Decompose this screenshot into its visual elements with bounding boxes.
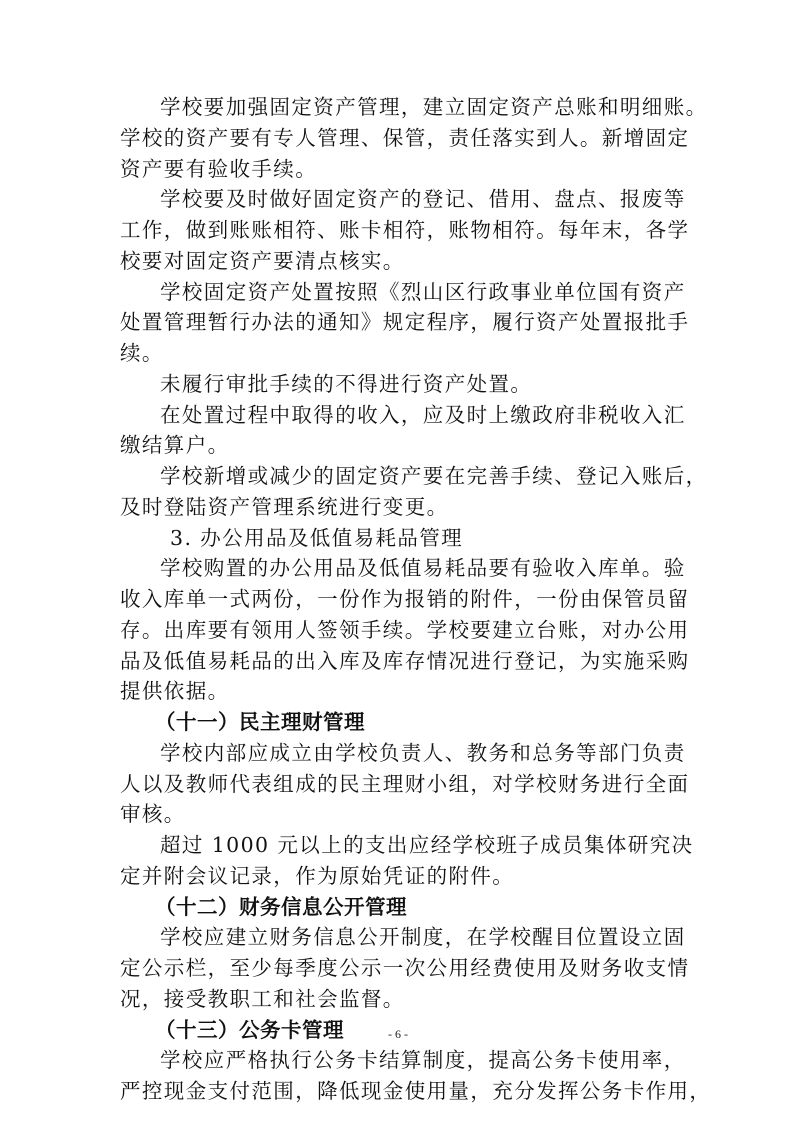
paragraph-line: 处置管理暂行办法的通知》规定程序，履行资产处置报批手	[120, 307, 680, 337]
paragraph-line: 严控现金支付范围，降低现金使用量，充分发挥公务卡作用，	[120, 1076, 680, 1106]
paragraph-line: 学校新增或减少的固定资产要在完善手续、登记入账后，	[160, 461, 680, 491]
paragraph-line: 及时登陆资产管理系统进行变更。	[120, 492, 680, 522]
paragraph-line: 收入库单一式两份，一份作为报销的附件，一份由保管员留	[120, 584, 680, 614]
section-heading: （十三）公务卡管理	[155, 1015, 715, 1045]
paragraph-line: 定公示栏，至少每季度公示一次公用经费使用及财务收支情	[120, 953, 680, 983]
page-number: - 6 -	[370, 1024, 426, 1044]
paragraph-line: 定并附会议记录，作为原始凭证的附件。	[120, 861, 680, 891]
paragraph-line: 提供依据。	[120, 676, 680, 706]
paragraph-line: 超过 1000 元以上的支出应经学校班子成员集体研究决	[160, 830, 680, 860]
paragraph-line: 学校要及时做好固定资产的登记、借用、盘点、报废等	[160, 184, 680, 214]
paragraph-line: 学校固定资产处置按照《烈山区行政事业单位国有资产	[160, 277, 680, 307]
section-heading: （十二）财务信息公开管理	[155, 892, 715, 922]
paragraph-line: 审核。	[120, 799, 680, 829]
paragraph-line: 工作，做到账账相符、账卡相符，账物相符。每年末，各学	[120, 215, 680, 245]
paragraph-line: 校要对固定资产要清点核实。	[120, 246, 680, 276]
paragraph-line: 资产要有验收手续。	[120, 154, 680, 184]
document-page: 学校要加强固定资产管理，建立固定资产总账和明细账。学校的资产要有专人管理、保管，…	[0, 0, 793, 1122]
paragraph-line: 未履行审批手续的不得进行资产处置。	[160, 369, 680, 399]
paragraph-line: 续。	[120, 338, 680, 368]
paragraph-line: 况，接受教职工和社会监督。	[120, 984, 680, 1014]
paragraph-line: 学校要加强固定资产管理，建立固定资产总账和明细账。	[160, 92, 680, 122]
paragraph-line: 学校内部应成立由学校负责人、教务和总务等部门负责	[160, 738, 680, 768]
section-heading: （十一）民主理财管理	[155, 707, 715, 737]
paragraph-line: 学校的资产要有专人管理、保管，责任落实到人。新增固定	[120, 123, 680, 153]
paragraph-line: 品及低值易耗品的出入库及库存情况进行登记，为实施采购	[120, 646, 680, 676]
paragraph-line: 在处置过程中取得的收入，应及时上缴政府非税收入汇	[160, 400, 680, 430]
paragraph-line: 学校购置的办公用品及低值易耗品要有验收入库单。验	[160, 553, 680, 583]
subsection-heading: 3. 办公用品及低值易耗品管理	[170, 523, 730, 553]
paragraph-line: 存。出库要有领用人签领手续。学校要建立台账，对办公用	[120, 615, 680, 645]
paragraph-line: 学校应严格执行公务卡结算制度，提高公务卡使用率，	[160, 1045, 680, 1075]
paragraph-line: 人以及教师代表组成的民主理财小组，对学校财务进行全面	[120, 769, 680, 799]
paragraph-line: 学校应建立财务信息公开制度，在学校醒目位置设立固	[160, 922, 680, 952]
paragraph-line: 缴结算户。	[120, 430, 680, 460]
